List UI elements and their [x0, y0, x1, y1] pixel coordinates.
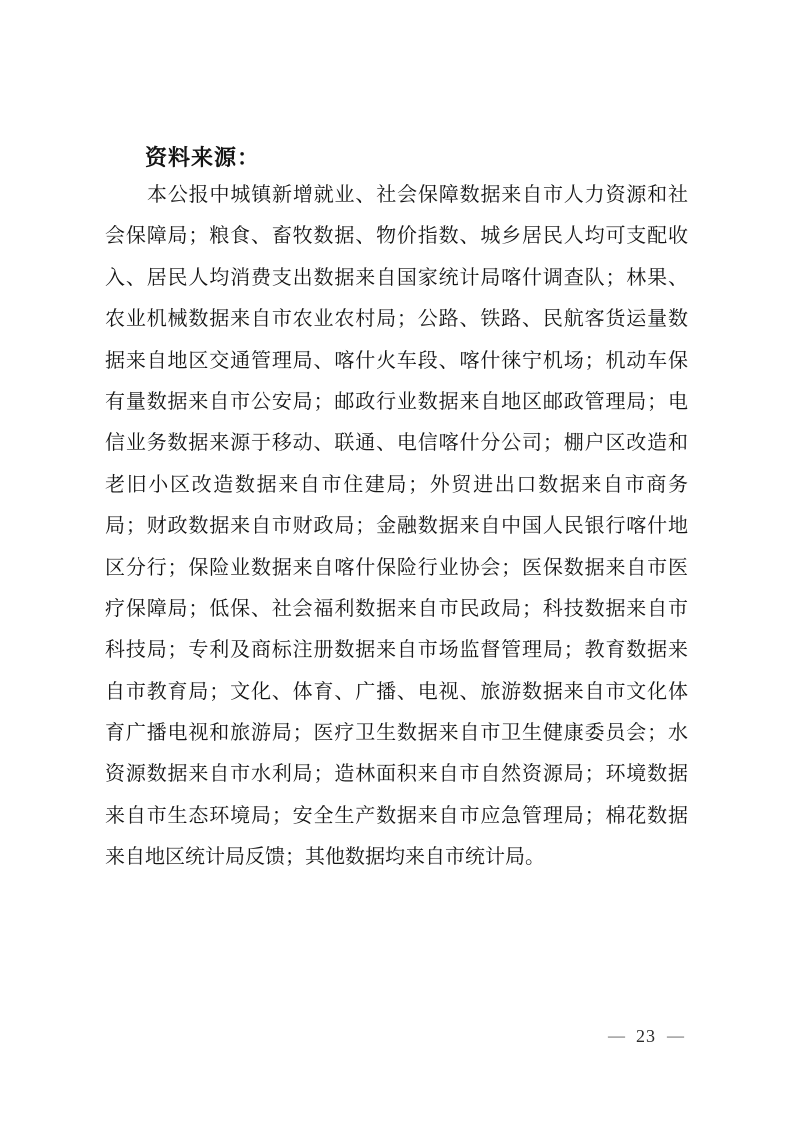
paragraph-line: 本公报中城镇新增就业、社会保障数据来自市人力资源和社	[105, 175, 688, 216]
data-sources-paragraph: 本公报中城镇新增就业、社会保障数据来自市人力资源和社 会保障局；粮食、畜牧数据、…	[105, 175, 688, 879]
paragraph-line: 入、居民人均消费支出数据来自国家统计局喀什调查队；林果、	[105, 258, 688, 299]
paragraph-line: 资源数据来自市水利局；造林面积来自市自然资源局；环境数据	[105, 754, 688, 795]
page-number-dash-left: —	[608, 1027, 625, 1044]
paragraph-line: 区分行；保险业数据来自喀什保险行业协会；医保数据来自市医	[105, 548, 688, 589]
paragraph-line: 会保障局；粮食、畜牧数据、物价指数、城乡居民人均可支配收	[105, 216, 688, 257]
paragraph-line: 来自地区统计局反馈；其他数据均来自市统计局。	[105, 837, 688, 878]
paragraph-line: 信业务数据来源于移动、联通、电信喀什分公司；棚户区改造和	[105, 423, 688, 464]
paragraph-line: 有量数据来自市公安局；邮政行业数据来自地区邮政管理局；电	[105, 382, 688, 423]
paragraph-line: 来自市生态环境局；安全生产数据来自市应急管理局；棉花数据	[105, 796, 688, 837]
paragraph-line: 老旧小区改造数据来自市住建局；外贸进出口数据来自市商务	[105, 465, 688, 506]
section-heading: 资料来源：	[145, 141, 260, 172]
paragraph-line: 科技局；专利及商标注册数据来自市场监督管理局；教育数据来	[105, 630, 688, 671]
paragraph-line: 据来自地区交通管理局、喀什火车段、喀什徕宁机场；机动车保	[105, 341, 688, 382]
paragraph-line: 疗保障局；低保、社会福利数据来自市民政局；科技数据来自市	[105, 589, 688, 630]
document-page: 资料来源： 本公报中城镇新增就业、社会保障数据来自市人力资源和社 会保障局；粮食…	[0, 0, 793, 1122]
page-number-dash-right: —	[667, 1027, 684, 1044]
paragraph-line: 农业机械数据来自市农业农村局；公路、铁路、民航客货运量数	[105, 299, 688, 340]
paragraph-line: 局；财政数据来自市财政局；金融数据来自中国人民银行喀什地	[105, 506, 688, 547]
paragraph-line: 自市教育局；文化、体育、广播、电视、旅游数据来自市文化体	[105, 672, 688, 713]
page-footer: — 23 —	[608, 1026, 684, 1047]
page-number: 23	[636, 1026, 656, 1047]
paragraph-line: 育广播电视和旅游局；医疗卫生数据来自市卫生健康委员会；水	[105, 713, 688, 754]
